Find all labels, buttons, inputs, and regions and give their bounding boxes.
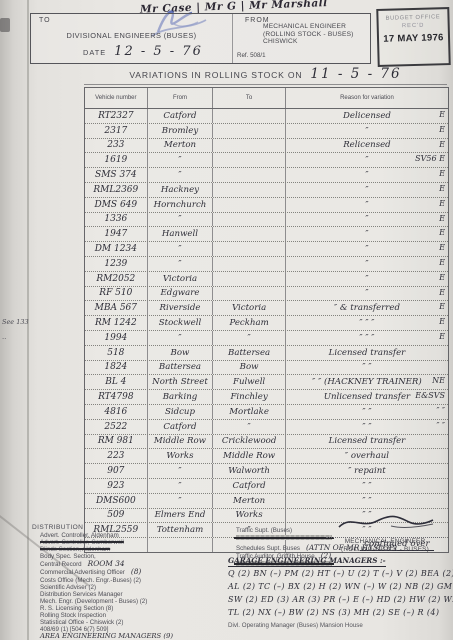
- handwritten-vehicle: 1619: [104, 155, 127, 165]
- handwritten-vehicle: 907: [107, 466, 124, 476]
- to-cell: [213, 257, 286, 271]
- distribution-item-text: Central Record: [40, 561, 82, 568]
- handwritten-from: ″: [178, 170, 181, 180]
- distribution-item: Central RecordROOM 34: [40, 560, 173, 568]
- handwritten-vehicle: SMS 374: [95, 170, 137, 180]
- reason-cell: ″E: [286, 124, 448, 138]
- table-row: BL 4North StreetFulwell″ ″ (HACKNEY TRAI…: [85, 375, 448, 390]
- to-address-box: TO DIVISIONAL ENGINEERS (BUSES) DATE 12 …: [30, 13, 233, 64]
- reason-code: NE: [432, 376, 445, 385]
- handwritten-from: ″: [178, 259, 181, 269]
- to-cell: [213, 198, 286, 212]
- handwritten-to: ″: [247, 422, 250, 432]
- to-cell: [213, 183, 286, 197]
- reason-code: E: [439, 332, 445, 341]
- distribution-item-text: Advert. Controller, Aldenham: [40, 532, 119, 539]
- column-header-to: To: [213, 88, 286, 108]
- from-line-2: (ROLLING STOCK - BUSES): [263, 31, 354, 39]
- vehicle-cell: 2317: [85, 124, 148, 138]
- reason-code: E&SVS: [415, 391, 445, 400]
- handwritten-reason: ″: [365, 244, 368, 254]
- reason-code: E: [439, 258, 445, 267]
- handwritten-vehicle: DM 1234: [95, 244, 137, 254]
- reason-cell: ″E: [286, 168, 448, 182]
- to-cell: [213, 139, 286, 153]
- from-cell: ″: [148, 464, 214, 478]
- stamp-date: 17 MAY 1976: [379, 32, 448, 45]
- reason-cell: ″ ″: [286, 494, 448, 508]
- reason-code: E: [439, 317, 445, 326]
- vehicle-cell: RM 1242: [85, 316, 148, 330]
- handwritten-vehicle: RT4798: [98, 392, 134, 402]
- handwritten-reason: ″: [365, 229, 368, 239]
- table-row: RM 981Middle RowCricklewoodLicensed tran…: [85, 435, 448, 450]
- handwritten-vehicle: 1336: [104, 214, 127, 224]
- garage-codes-line: Q (2) BN (–) PM (2) HT (–) U (2) T (–) V…: [228, 567, 448, 580]
- handwritten-vehicle: 1994: [104, 333, 127, 343]
- handwritten-vehicle: 509: [107, 510, 124, 520]
- document-title-date-handwritten: 11 - 5 - 76: [310, 66, 401, 82]
- document-title: VARIATIONS IN ROLLING STOCK ON: [129, 70, 302, 80]
- reason-cell: ″E: [286, 257, 448, 271]
- distribution-item: Distribution Services Manager: [40, 591, 173, 598]
- handwritten-vehicle: RM 1242: [95, 318, 137, 328]
- from-cell: Battersea: [148, 361, 214, 375]
- ink-smudge: [0, 18, 10, 32]
- column-header-vehicle-number: Vehicle number: [85, 88, 148, 108]
- to-cell: [213, 213, 286, 227]
- handwritten-reason: Unlicensed transfer: [324, 392, 410, 402]
- from-cell: Barking: [148, 390, 214, 404]
- from-cell: Bow: [148, 346, 214, 360]
- handwritten-vehicle: 1239: [104, 259, 127, 269]
- handwritten-reason: ″: [365, 288, 368, 298]
- handwritten-reason: ″: [365, 200, 368, 210]
- from-address-box: FROM MECHANICAL ENGINEER (ROLLING STOCK …: [231, 13, 371, 64]
- handwritten-vehicle: RT2327: [98, 111, 134, 121]
- distribution-item-text: Mech. Engr. (Development - Buses) (2): [40, 598, 147, 605]
- reason-code: E: [439, 243, 445, 252]
- handwritten-from: Riverside: [159, 303, 200, 313]
- vehicle-cell: RM2052: [85, 272, 148, 286]
- handwritten-vehicle: DMS600: [96, 496, 136, 506]
- handwritten-from: North Street: [152, 377, 208, 387]
- date-label: DATE: [83, 48, 106, 57]
- budget-office-received-stamp: BUDGET OFFICE REC'D 17 MAY 1976: [376, 7, 450, 67]
- reason-cell: DelicensedE: [286, 109, 448, 123]
- handwritten-to: Bow: [240, 362, 259, 372]
- vehicle-cell: RF 510: [85, 287, 148, 301]
- distribution-item-text: Blinds Section, Aldenham: [40, 546, 110, 553]
- reason-cell: ″ ″″ ″: [286, 420, 448, 434]
- to-cell: Mortlake: [213, 405, 286, 419]
- vehicle-cell: 1336: [85, 213, 148, 227]
- vehicle-cell: 1824: [85, 361, 148, 375]
- to-cell: [213, 272, 286, 286]
- handwritten-reason: ″: [365, 274, 368, 284]
- reason-code: E: [439, 228, 445, 237]
- vehicle-cell: 233: [85, 139, 148, 153]
- handwritten-reason: ″ ″: [362, 407, 371, 417]
- reason-cell: ″E: [286, 287, 448, 301]
- from-cell: Victoria: [148, 272, 214, 286]
- date-value-handwritten: 12 - 5 - 76: [114, 44, 203, 59]
- from-cell: Elmers End: [148, 509, 214, 523]
- handwritten-from: Hanwell: [162, 229, 198, 239]
- column-header-from: From: [148, 88, 214, 108]
- from-cell: ″: [148, 242, 214, 256]
- distribution-item-text: Costs Office (Mech. Engr.-Buses) (2): [40, 577, 141, 584]
- distribution-item: Advert. Controller, Camberwell: [40, 539, 173, 546]
- table-row: DMS600″Merton″ ″: [85, 494, 448, 509]
- distribution-item-text: Schedules Supt. Buses: [236, 545, 300, 552]
- table-row: SMS 374″″E: [85, 168, 448, 183]
- from-cell: North Street: [148, 375, 214, 389]
- handwritten-reason: ″: [365, 170, 368, 180]
- handwritten-vehicle: 2317: [104, 126, 127, 136]
- to-cell: Catford: [213, 479, 286, 493]
- table-row: 223WorksMiddle Row″ overhaul: [85, 449, 448, 464]
- reason-code: E: [439, 288, 445, 297]
- handwritten-from: ″: [178, 214, 181, 224]
- table-row: RF 510Edgware″E: [85, 287, 448, 302]
- reason-cell: ″ & transferredE: [286, 301, 448, 315]
- from-cell: ″: [148, 257, 214, 271]
- vehicle-cell: 2522: [85, 420, 148, 434]
- reason-cell: ″SV56 E: [286, 153, 448, 167]
- handwritten-reason: ″ ″ ″: [359, 333, 374, 343]
- vehicle-cell: DM 1234: [85, 242, 148, 256]
- handwritten-reason: Licensed transfer: [329, 348, 406, 358]
- handwritten-from: Middle Row: [154, 436, 206, 446]
- table-row: 907″Walworth″ repaint: [85, 464, 448, 479]
- to-cell: [213, 124, 286, 138]
- handwritten-vehicle: 1947: [104, 229, 127, 239]
- handwritten-from: Elmers End: [155, 510, 206, 520]
- handwritten-to: Battersea: [228, 348, 270, 358]
- handwritten-reason: ″ ″: [362, 362, 371, 372]
- from-cell: ″: [148, 494, 214, 508]
- from-cell: Stockwell: [148, 316, 214, 330]
- stamp-received-label: REC'D: [379, 22, 448, 30]
- table-row: 233MertonRelicensedE: [85, 139, 448, 154]
- vehicle-cell: 923: [85, 479, 148, 493]
- vehicle-cell: RM 981: [85, 435, 148, 449]
- table-row: RT4798BarkingFinchleyUnlicensed transfer…: [85, 390, 448, 405]
- to-cell: [213, 109, 286, 123]
- vehicle-cell: RT4798: [85, 390, 148, 404]
- from-cell: ″: [148, 331, 214, 345]
- reason-cell: ″E: [286, 198, 448, 212]
- from-cell: Bromley: [148, 124, 214, 138]
- reason-cell: ″E: [286, 227, 448, 241]
- distribution-left-list: Advert. Controller, AldenhamAdvert. Cont…: [40, 532, 173, 640]
- handwritten-vehicle: 923: [107, 481, 124, 491]
- reason-cell: Unlicensed transferE&SVS: [286, 390, 448, 404]
- reason-cell: Licensed transfer: [286, 346, 448, 360]
- from-cell: Catford: [148, 109, 214, 123]
- to-cell: ″: [213, 331, 286, 345]
- reason-cell: ″E: [286, 183, 448, 197]
- handwritten-from: Victoria: [163, 274, 197, 284]
- handwritten-vehicle: 2522: [104, 422, 127, 432]
- handwritten-reason: ″ & transferred: [334, 303, 400, 313]
- vehicle-cell: BL 4: [85, 375, 148, 389]
- from-cell: Merton: [148, 139, 214, 153]
- reason-code: E: [439, 214, 445, 223]
- vehicle-cell: 1947: [85, 227, 148, 241]
- reason-cell: ″E: [286, 242, 448, 256]
- handwritten-vehicle: 518: [107, 348, 124, 358]
- handwritten-vehicle: 223: [107, 451, 124, 461]
- handwritten-from: Battersea: [159, 362, 201, 372]
- margin-annotation: ‥: [2, 333, 80, 341]
- to-cell: [213, 287, 286, 301]
- handwritten-to: Mortlake: [229, 407, 269, 417]
- from-cell: Hanwell: [148, 227, 214, 241]
- handwritten-from: Bow: [171, 348, 190, 358]
- reason-code: E: [439, 169, 445, 178]
- handwritten-addition: ROOM 34: [88, 559, 125, 568]
- to-cell: [213, 227, 286, 241]
- handwritten-vehicle: 4816: [104, 407, 127, 417]
- from-cell: Middle Row: [148, 435, 214, 449]
- distribution-heading: DISTRIBUTION: [32, 524, 83, 531]
- reason-cell: ″ ″: [286, 361, 448, 375]
- handwritten-to: Cricklewood: [222, 436, 277, 446]
- vehicle-cell: 1619: [85, 153, 148, 167]
- to-recipient: DIVISIONAL ENGINEERS (BUSES): [31, 31, 232, 40]
- handwritten-addition: (8): [131, 567, 141, 576]
- handwritten-from: Hackney: [161, 185, 199, 195]
- distribution-item-text: Commercial Advertising Officer: [40, 569, 125, 576]
- handwritten-vehicle: RM 981: [98, 436, 134, 446]
- handwritten-from: Catford: [163, 111, 196, 121]
- to-cell: Finchley: [213, 390, 286, 404]
- to-cell: [213, 153, 286, 167]
- distribution-item: Costs Office (Mech. Engr.-Buses) (2): [40, 577, 173, 584]
- distribution-item-text: Statistical Office - Chiswick (2): [40, 619, 123, 626]
- handwritten-reason: ″ ″ (HACKNEY TRAINER): [312, 377, 422, 387]
- from-cell: ″: [148, 153, 214, 167]
- table-row: 1239″″E: [85, 257, 448, 272]
- table-row: 2522Catford″″ ″″ ″: [85, 420, 448, 435]
- distribution-item-text: Rolling Stock Inspection: [40, 612, 106, 619]
- reason-code: E: [439, 302, 445, 311]
- from-cell: Works: [148, 449, 214, 463]
- reason-cell: ″ ″ (HACKNEY TRAINER)NE: [286, 375, 448, 389]
- from-cell: ″: [148, 479, 214, 493]
- distribution-item: Mech. Engr. (Development - Buses) (2): [40, 598, 173, 605]
- signatory-title-2: (ROLLING STOCK - BUSES): [322, 546, 448, 554]
- handwritten-vehicle: RML2369: [93, 185, 138, 195]
- to-cell: Merton: [213, 494, 286, 508]
- handwritten-from: ″: [178, 496, 181, 506]
- distribution-item-text: Distribution Services Manager: [40, 591, 123, 598]
- reason-cell: ″ overhaul: [286, 449, 448, 463]
- table-row: 1824BatterseaBow″ ″: [85, 361, 448, 376]
- signature-scribble: [333, 514, 437, 532]
- reason-cell: ″E: [286, 272, 448, 286]
- from-cell: Hackney: [148, 183, 214, 197]
- to-cell: Fulwell: [213, 375, 286, 389]
- reason-cell: Licensed transfer: [286, 435, 448, 449]
- distribution-item: Advert. Controller, Aldenham: [40, 532, 173, 539]
- distribution-item: Commercial Advertising Officer(8): [40, 568, 173, 576]
- table-row: MBA 567RiversideVictoria″ & transferredE: [85, 301, 448, 316]
- handwritten-to: Catford: [233, 481, 266, 491]
- vehicle-cell: RT2327: [85, 109, 148, 123]
- garage-codes-list: Q (2) BN (–) PM (2) HT (–) U (2) T (–) V…: [228, 567, 448, 619]
- reference-number: Ref. 508/1: [237, 52, 266, 59]
- distribution-item-text: R. S. Licensing Section (8): [40, 605, 113, 612]
- handwritten-to: Fulwell: [233, 377, 265, 387]
- handwritten-from: ″: [178, 244, 181, 254]
- from-line-3: CHISWICK: [263, 38, 354, 46]
- handwritten-from: Barking: [163, 392, 198, 402]
- handwritten-vehicle: RF 510: [99, 288, 132, 298]
- handwritten-vehicle: MBA 567: [95, 303, 137, 313]
- table-row: 1947Hanwell″E: [85, 227, 448, 242]
- vehicle-cell: 509: [85, 509, 148, 523]
- table-row: 1619″″SV56 E: [85, 153, 448, 168]
- variations-table: Vehicle number From To Reason for variat…: [84, 87, 449, 553]
- to-cell: Walworth: [213, 464, 286, 478]
- vehicle-cell: 1994: [85, 331, 148, 345]
- handwritten-to: ″: [247, 333, 250, 343]
- table-row: 1336″″E: [85, 213, 448, 228]
- handwritten-reason: ″: [365, 155, 368, 165]
- handwritten-from: ″: [178, 333, 181, 343]
- handwritten-vehicle: DMS 649: [95, 200, 138, 210]
- table-row: RM 1242StockwellPeckham″ ″ ″ESee 133: [85, 316, 448, 331]
- table-rows: RT2327CatfordDelicensedE2317Bromley″E233…: [85, 109, 448, 552]
- struck-illegible-line: [236, 535, 332, 540]
- from-cell: Catford: [148, 420, 214, 434]
- signatory-title-1: MECHANICAL ENGINEER: [322, 538, 448, 546]
- vehicle-cell: 907: [85, 464, 148, 478]
- to-cell: Middle Row: [213, 449, 286, 463]
- handwritten-reason: Relicensed: [343, 140, 390, 150]
- handwritten-from: Catford: [163, 422, 196, 432]
- from-cell: Hornchurch: [148, 198, 214, 212]
- reason-cell: RelicensedE: [286, 139, 448, 153]
- reason-code: E: [439, 110, 445, 119]
- distribution-item: Rolling Stock Inspection: [40, 612, 173, 619]
- handwritten-to: Victoria: [232, 303, 266, 313]
- table-row: RT2327CatfordDelicensedE: [85, 109, 448, 124]
- handwritten-reason: Delicensed: [343, 111, 391, 121]
- table-row: RML2369Hackney″E: [85, 183, 448, 198]
- reason-code: E: [439, 140, 445, 149]
- distribution-item: Statistical Office - Chiswick (2): [40, 619, 173, 626]
- reason-cell: ″ ″″ ″: [286, 405, 448, 419]
- reason-cell: ″ repaint: [286, 464, 448, 478]
- garage-engineering-managers-heading: GARAGE ENGINEERING MANAGERS :-: [228, 556, 386, 567]
- vehicle-cell: 4816: [85, 405, 148, 419]
- handwritten-from: Works: [166, 451, 193, 461]
- handwritten-to: Peckham: [229, 318, 268, 328]
- table-row: RM2052Victoria″E: [85, 272, 448, 287]
- garage-codes-line: SW (2) ED (3) AR (3) PR (–) E (–) HD (2)…: [228, 593, 448, 606]
- table-row: DM 1234″″E: [85, 242, 448, 257]
- handwritten-reason: ″: [365, 126, 368, 136]
- handwritten-reason: ″ ″: [362, 422, 371, 432]
- vehicle-cell: DMS600: [85, 494, 148, 508]
- handwritten-reason: Licensed transfer: [329, 436, 406, 446]
- distribution-item-text: Traffic Supt. (Buses): [236, 527, 292, 534]
- garage-codes-line: AL (2) TC (–) BX (2) H (2) WN (–) W (2) …: [228, 580, 448, 593]
- to-cell: [213, 168, 286, 182]
- reason-cell: ″ ″ ″E: [286, 331, 448, 345]
- table-row: 923″Catford″ ″: [85, 479, 448, 494]
- handwritten-from: ″: [178, 481, 181, 491]
- handwritten-from: Sidcup: [165, 407, 195, 417]
- table-row: 4816SidcupMortlake″ ″″ ″: [85, 405, 448, 420]
- handwritten-to: Works: [236, 510, 263, 520]
- vehicle-cell: RML2369: [85, 183, 148, 197]
- stamp-office-name: BUDGET OFFICE: [378, 14, 447, 22]
- vehicle-cell: DMS 649: [85, 198, 148, 212]
- margin-annotation: See 133: [2, 318, 80, 326]
- reason-code: E: [439, 184, 445, 193]
- reason-code: E: [439, 273, 445, 282]
- handwritten-reason: ″ ″: [362, 496, 371, 506]
- from-line-1: MECHANICAL ENGINEER: [263, 23, 354, 31]
- handwritten-reason: ″ ″: [362, 481, 371, 491]
- handwritten-vehicle: RM2052: [96, 274, 135, 284]
- to-cell: Victoria: [213, 301, 286, 315]
- document-title-row: VARIATIONS IN ROLLING STOCK ON 11 - 5 - …: [84, 66, 447, 82]
- reason-code: SV56 E: [415, 154, 445, 163]
- handwritten-reason: ″: [365, 214, 368, 224]
- to-cell: Bow: [213, 361, 286, 375]
- distribution-item: Scientific Adviser (2): [40, 584, 173, 591]
- handwritten-from: Hornchurch: [154, 200, 207, 210]
- handwritten-to: Merton: [233, 496, 265, 506]
- garage-codes-line: TL (2) NX (–) BW (2) NS (3) MH (2) SE (–…: [228, 606, 448, 619]
- handwritten-reason: ″ repaint: [348, 466, 386, 476]
- reason-cell: ″E: [286, 213, 448, 227]
- vehicle-cell: MBA 567: [85, 301, 148, 315]
- from-cell: Sidcup: [148, 405, 214, 419]
- handwritten-reason: ″: [365, 259, 368, 269]
- to-cell: Peckham: [213, 316, 286, 330]
- reason-code: E: [439, 125, 445, 134]
- handwritten-to: Finchley: [230, 392, 267, 402]
- vehicle-cell: 518: [85, 346, 148, 360]
- distribution-item-text: Advert. Controller, Camberwell: [40, 539, 124, 546]
- from-cell: ″: [148, 213, 214, 227]
- scanned-document-page: { "page": { "top_annotation": "Mr Case |…: [0, 0, 453, 640]
- table-header-row: Vehicle number From To Reason for variat…: [85, 88, 448, 109]
- handwritten-to: Walworth: [228, 466, 270, 476]
- reason-code: ″ ″: [436, 406, 445, 415]
- handwritten-reason: ″: [365, 185, 368, 195]
- to-cell: Battersea: [213, 346, 286, 360]
- handwritten-to: Middle Row: [223, 451, 275, 461]
- handwritten-reason: ″ ″ ″: [359, 318, 374, 328]
- to-cell: [213, 242, 286, 256]
- from-cell: Edgware: [148, 287, 214, 301]
- table-top-rule: [84, 84, 447, 85]
- handwritten-vehicle: 233: [107, 140, 124, 150]
- to-cell: Cricklewood: [213, 435, 286, 449]
- table-row: 518BowBatterseaLicensed transfer: [85, 346, 448, 361]
- table-row: DMS 649Hornchurch″E: [85, 198, 448, 213]
- from-cell: ″: [148, 168, 214, 182]
- to-cell: Works: [213, 509, 286, 523]
